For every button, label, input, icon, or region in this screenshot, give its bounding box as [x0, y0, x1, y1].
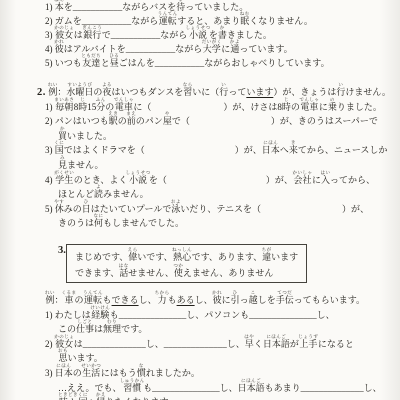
word-bank-row: 3. まじめです、偉えらいです、熱心ねっしんです、あります、違ちがいます できま…: [36, 244, 400, 285]
word-bank-box: まじめです、偉えらいです、熱心ねっしんです、あります、違ちがいます できます、話…: [66, 244, 307, 283]
exercise2-example-text: 例れい：水曜日すいようびの夜よるはいつもダンスを習ならいに（行いっています）が、…: [48, 87, 391, 97]
exercise1-item-3: 3) 彼女かのじょは銀行ぎんこうで___________ながら小説しょうせつを書…: [36, 25, 400, 39]
exercise3-item-3: 3) 日本にほんの生活せいかつにはもう慣なれましたか。: [36, 363, 400, 378]
exercise1-item-5: 5) いつも友達ともだちと昼ひるごはんを___________ながらおしゃべりし…: [36, 53, 400, 67]
exercise2-example: 2.例れい：水曜日すいようびの夜よるはいつもダンスを習ならいに（行いっています）…: [36, 82, 400, 97]
exercise1-item-4: 4) 彼かれはアルバイトを___________ながら大学だいがくに通かよってい…: [36, 39, 400, 53]
word-bank-line-1: まじめです、偉えらいです、熱心ねっしんです、あります、違ちがいます: [75, 247, 298, 263]
exercise3-number: 3.: [58, 245, 66, 256]
word-bank-line-2: できます、話はなせません、使つかえません、ありません: [75, 263, 298, 279]
worksheet-page: 1) 本ほんを___________ながらバスを待まっていました。 2) ガムを…: [36, 0, 400, 400]
exercise-3-shi: 3. まじめです、偉えらいです、熱心ねっしんです、あります、違ちがいます できま…: [36, 244, 400, 400]
exercise2-item-2: 2) パンはいつも駅えきの前まえのパン屋やで（ ）が、きのうはスーパーで: [36, 111, 400, 126]
exercise2-item-3: 3) 国くにではよくドラマを（ ）が、日本にほんへ来きてから、ニュースしか: [36, 140, 400, 155]
exercise1-item-2: 2) ガムを___________ながら運転うんてんすると、あまり眠ねむくなりま…: [36, 11, 400, 25]
exercise2-item-5: 5) 休やすみの日ひはたいていプールで泳およいだり、テニスを（ ）が、: [36, 199, 400, 214]
exercise1-item-1: 1) 本ほんを___________ながらバスを待まっていました。: [36, 0, 400, 11]
exercise3-example: 例れい：車くるまの運転うんてんもできるし、力ちからもあるし、彼かれに引ひっ越こし…: [36, 290, 400, 305]
exercise2-number: 2.: [37, 87, 46, 98]
exercise-2-habitual: 2.例れい：水曜日すいようびの夜よるはいつもダンスを習ならいに（行いっています）…: [36, 82, 400, 228]
exercise-1-nagara: 1) 本ほんを___________ながらバスを待まっていました。 2) ガムを…: [36, 0, 400, 67]
